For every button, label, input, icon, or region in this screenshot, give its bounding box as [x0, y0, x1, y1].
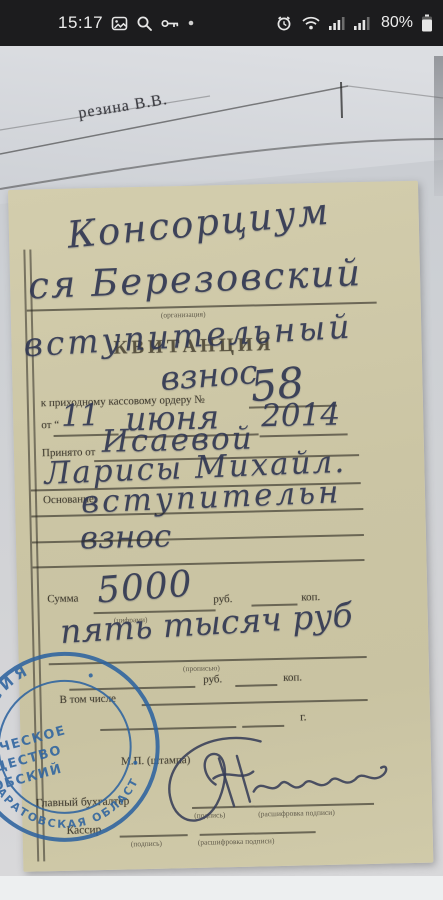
signal-icon [329, 16, 346, 31]
notification-dot [188, 20, 194, 26]
stamp-arc-top-text: ОССИЯ [0, 659, 45, 738]
image-icon [111, 15, 128, 32]
ruled-line [242, 725, 284, 727]
date-prefix: от “ [41, 419, 59, 431]
signal-icon [354, 16, 371, 31]
handwritten-organization-2: ся Березовский [27, 251, 363, 307]
svg-text:ОССИЯ: ОССИЯ [0, 659, 45, 738]
words-caption: (прописью) [183, 663, 220, 673]
battery-icon [421, 14, 433, 32]
receipt-photo[interactable]: резина В.В. ) Консорциум ся Березовский … [0, 46, 443, 876]
handwritten-basis-2: взнос [80, 518, 172, 556]
key-icon [161, 17, 180, 30]
handwritten-year: 2014 [261, 397, 341, 435]
clock-time: 15:17 [58, 13, 103, 33]
handwritten-organization-1: Консорциум [65, 190, 332, 257]
rub-label: руб. [203, 673, 222, 685]
wifi-icon [301, 15, 321, 31]
photo-edge-shadow [434, 56, 443, 196]
battery-percent: 80% [381, 14, 413, 32]
handwritten-purpose-2: взнос [159, 352, 259, 398]
handwritten-day: 11 [61, 398, 100, 434]
ruled-line [142, 699, 368, 706]
android-status-bar: 15:17 80% [0, 0, 443, 46]
bottom-background-strip [0, 876, 443, 900]
alarm-icon [275, 14, 293, 32]
kop-label: коп. [283, 671, 302, 683]
search-icon [136, 15, 153, 32]
ruled-line [235, 684, 277, 686]
sum-label: Сумма [47, 593, 78, 606]
phone-screen: 15:17 80% резина В.В. ) Консорциум [0, 0, 443, 900]
receipt-form: Консорциум ся Березовский (организация) … [8, 181, 433, 872]
accountant-signature [140, 726, 398, 847]
year-letter: г. [300, 709, 307, 724]
ruled-line [33, 559, 365, 568]
